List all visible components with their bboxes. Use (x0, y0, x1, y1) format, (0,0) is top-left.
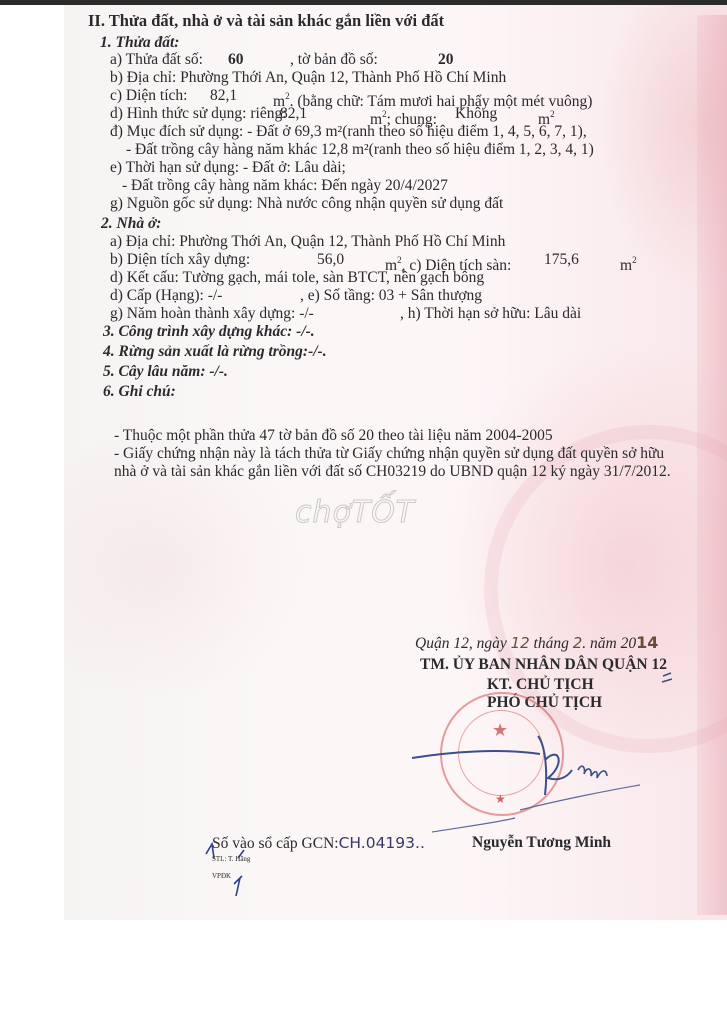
registry-label: Số vào sổ cấp GCN: (212, 835, 339, 852)
registry-value: CH.04193.. (339, 834, 425, 852)
handwritten-signature (0, 0, 727, 1024)
signatory-name: Nguyễn Tương Minh (472, 834, 611, 852)
registry-clerk: STL: T. Hằng (212, 855, 250, 864)
registry-office: VPĐK (212, 872, 231, 881)
registry-number-row: Số vào sổ cấp GCN:CH.04193.. (212, 834, 425, 853)
